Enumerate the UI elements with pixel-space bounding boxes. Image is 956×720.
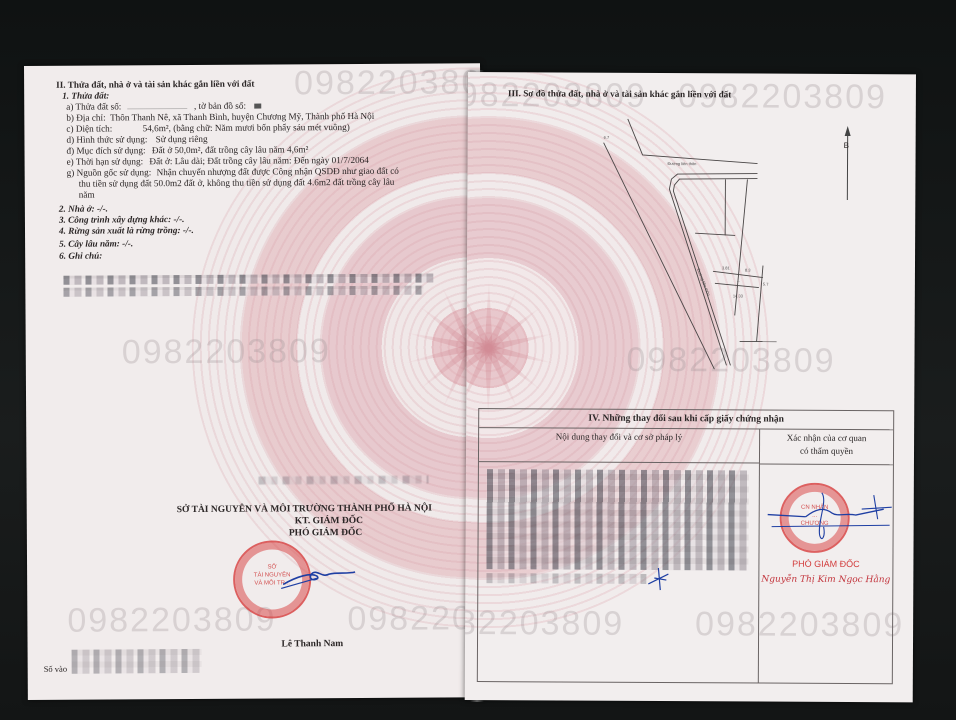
usage-term-value: Đất ở: Lâu dài; Đất trồng cây lâu năm: Đ… (149, 155, 368, 166)
usage-origin-value-line3: năm (79, 190, 95, 202)
registry-label: Số vào (44, 664, 67, 676)
address-label: b) Địa chỉ: (66, 113, 105, 123)
phone-watermark: 0982203809 (122, 332, 331, 372)
certificate-left-page: 0982203809 0982203809 0982203809 0982203… (24, 63, 484, 700)
house-item: 2. Nhà ở: -/-. (59, 203, 108, 215)
changes-confirmation-column: Xác nhận của cơ quan có thẩm quyền CN NH… (759, 429, 893, 684)
registry-number-redacted (72, 649, 202, 674)
confirmation-signature (766, 487, 896, 548)
map-sheet-redacted (254, 104, 261, 109)
blue-signature (277, 562, 357, 592)
changes-table: IV. Những thay đổi sau khi cấp giấy chứn… (477, 408, 894, 684)
dimension-label: 5.7 (763, 282, 769, 287)
north-label: B (844, 140, 849, 151)
usage-origin-label: g) Nguồn gốc sử dụng: (67, 167, 152, 178)
plot-number-redacted (128, 108, 188, 109)
production-forest-item: 4. Rừng sản xuất là rừng trồng: -/-. (59, 225, 194, 237)
map-sheet-label: , tờ bản đồ số: (194, 101, 246, 111)
dimension-label: 14.33 (733, 293, 744, 298)
changes-content-redacted-line (486, 573, 646, 584)
issuer-subtitle: PHÓ GIÁM ĐỐC (289, 528, 362, 540)
dimension-label: 3.81 (722, 265, 731, 270)
confirmation-title: PHÓ GIÁM ĐỐC (759, 559, 892, 570)
date-redacted (259, 476, 429, 485)
usage-origin-value: Nhận chuyển nhượng đất được Công nhận QS… (157, 166, 399, 177)
certificate-right-page: 0982203809 0982203809 0982203809 0982203… (465, 72, 916, 702)
initial-signature (644, 564, 674, 592)
north-arrow-icon (837, 124, 857, 204)
usage-purpose-label: đ) Mục đích sử dụng: (66, 145, 145, 155)
notes-redacted-line2 (63, 286, 423, 297)
land-plot-map: 6.7 Đường liên thôn 3.81 8.3 5.7 14.33 .… (596, 119, 787, 370)
road-label-diagonal: Đường liên thôn (696, 268, 711, 297)
dimension-label: 8.3 (745, 267, 751, 272)
area-label: c) Diện tích: (66, 123, 112, 133)
road-label-top: Đường liên thôn (668, 161, 697, 166)
usage-term-label: e) Thời hạn sử dụng: (67, 156, 144, 166)
usage-form-label: d) Hình thức sử dụng: (66, 134, 147, 144)
usage-form-value: Sử dụng riêng (156, 134, 208, 144)
svg-text:6.7: 6.7 (604, 135, 610, 140)
changes-confirmation-header: Xác nhận của cơ quan có thẩm quyền (760, 429, 893, 466)
address-value: Thôn Thanh Nê, xã Thanh Bình, huyện Chươ… (110, 111, 374, 123)
section-ii-title: II. Thửa đất, nhà ở và tài sản khác gắn … (56, 79, 254, 92)
changes-content-column: Nội dung thay đổi và cơ sở pháp lý (478, 427, 760, 682)
usage-origin-value-line2: thu tiền sử dụng đất 50.0m2 đất ở, không… (79, 177, 395, 190)
section-iii-title: III. Sơ đồ thửa đất, nhà ở và tài sản kh… (508, 88, 732, 101)
confirmation-signer-name: Nguyễn Thị Kim Ngọc Hằng (753, 575, 898, 586)
issuer-agency: SỞ TÀI NGUYÊN VÀ MÔI TRƯỜNG THÀNH PHỐ HÀ… (177, 504, 432, 517)
land-plot-heading: 1. Thửa đất: (62, 90, 109, 102)
issuer-title: KT. GIÁM ĐỐC (295, 516, 363, 528)
confirmation-header-line2: có thẩm quyền (760, 445, 893, 459)
confirmation-header-line1: Xác nhận của cơ quan (760, 432, 893, 446)
plot-number-label: a) Thửa đất số: (66, 101, 121, 111)
plot-number-label: ... (737, 277, 740, 282)
area-row: c) Diện tích: 54,6m², (bằng chữ: Năm mươ… (66, 122, 349, 135)
phone-watermark: 0982203809 (294, 63, 484, 103)
notes-heading: 6. Ghi chú: (59, 251, 102, 263)
signer-name: Lê Thanh Nam (282, 639, 344, 651)
usage-purpose-value: Đất ở 50,0m², đất trồng cây lâu năm 4,6m… (152, 144, 309, 155)
changes-content-redacted (486, 469, 749, 570)
area-value: 54,6m², (bằng chữ: Năm mươi bốn phẩy sáu… (143, 122, 350, 133)
changes-content-header: Nội dung thay đổi và cơ sở pháp lý (479, 427, 759, 463)
phone-watermark: 0982203809 (347, 599, 484, 639)
notes-redacted-line1 (63, 274, 433, 285)
perennial-tree-item: 5. Cây lâu năm: -/-. (59, 238, 133, 250)
